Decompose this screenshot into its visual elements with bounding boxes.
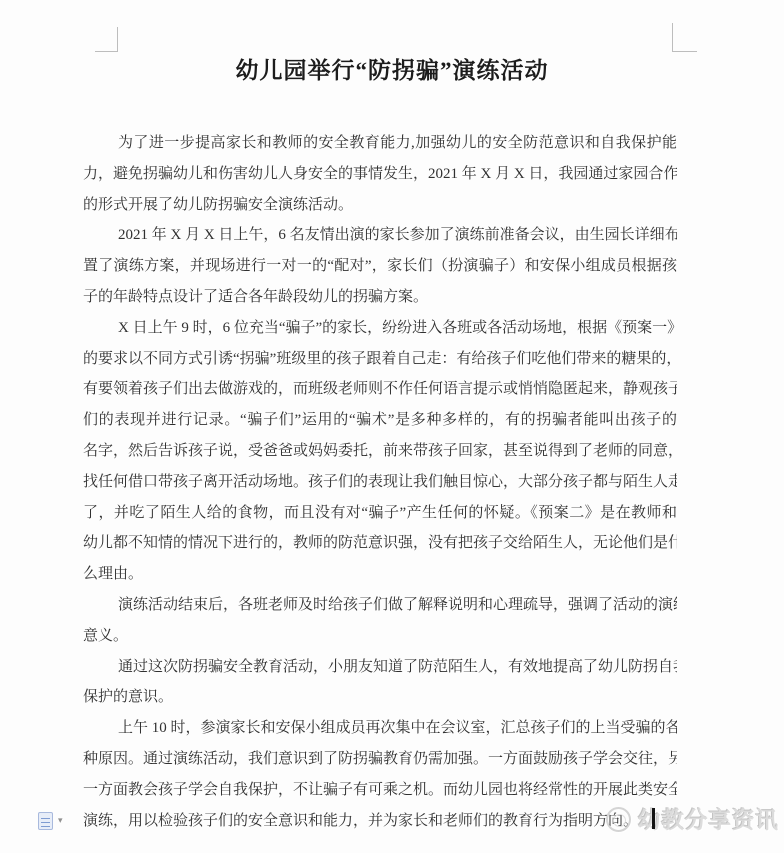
text-line: 幼儿都不知情的情况下进行的，教师的防范意识强，没有把孩子交给陌生人，无论他们是什: [83, 528, 677, 559]
text-line: 么理由。: [83, 559, 677, 590]
paste-options-button[interactable]: ▾: [38, 812, 63, 830]
text-line: 意义。: [83, 621, 677, 652]
document-body: 为了进一步提高家长和教师的安全教育能力,加强幼儿的安全防范意识和自我保护能 力，…: [83, 128, 677, 836]
text-line: 一方面教会孩子学会自我保护，不让骗子有可乘之机。而幼儿园也将经常性的开展此类安全: [83, 775, 677, 806]
text-line: 子的年龄特点设计了适合各年龄段幼儿的拐骗方案。: [83, 282, 677, 313]
text-line: 了，并吃了陌生人给的食物，而且没有对“骗子”产生任何的怀疑。《预案二》是在教师和: [83, 498, 677, 529]
text-line: 为了进一步提高家长和教师的安全教育能力,加强幼儿的安全防范意识和自我保护能: [83, 128, 677, 159]
text-line: 力，避免拐骗幼儿和伤害幼儿人身安全的事情发生，2021 年 X 月 X 日，我园…: [83, 159, 677, 190]
text-line: 们的表现并进行记录。“骗子们”运用的“骗术”是多种多样的，有的拐骗者能叫出孩子的: [83, 405, 677, 436]
text-line: 有要领着孩子们出去做游戏的，而班级老师则不作任何语言提示或悄悄隐匿起来，静观孩子: [83, 374, 677, 405]
margin-crop-mark-top-right-icon: [672, 23, 697, 52]
text-line: 的形式开展了幼儿防拐骗安全演练活动。: [83, 190, 677, 221]
text-line: 2021 年 X 月 X 日上午，6 名友情出演的家长参加了演练前准备会议，由生…: [83, 220, 677, 251]
document-page: 幼儿园举行“防拐骗”演练活动 为了进一步提高家长和教师的安全教育能力,加强幼儿的…: [0, 0, 784, 853]
text-line: 名字，然后告诉孩子说，受爸爸或妈妈委托，前来带孩子回家，甚至说得到了老师的同意，: [83, 436, 677, 467]
document-title: 幼儿园举行“防拐骗”演练活动: [0, 52, 784, 85]
text-cursor-caret: [652, 808, 655, 829]
dropdown-arrow-icon: ▾: [58, 817, 63, 826]
text-line: 保护的意识。: [83, 682, 677, 713]
margin-crop-mark-top-left-icon: [95, 27, 118, 52]
text-line: 演练活动结束后，各班老师及时给孩子们做了解释说明和心理疏导，强调了活动的演练: [83, 590, 677, 621]
text-line: 找任何借口带孩子离开活动场地。孩子们的表现让我们触目惊心，大部分孩子都与陌生人走: [83, 467, 677, 498]
text-line: 种原因。通过演练活动，我们意识到了防拐骗教育仍需加强。一方面鼓励孩子学会交往，另: [83, 744, 677, 775]
text-line: 通过这次防拐骗安全教育活动，小朋友知道了防范陌生人，有效地提高了幼儿防拐自我: [83, 652, 677, 683]
text-line: 的要求以不同方式引诱“拐骗”班级里的孩子跟着自己走：有给孩子们吃他们带来的糖果的…: [83, 344, 677, 375]
text-line-text: 演练，用以检验孩子们的安全意识和能力，并为家长和老师们的教育行为指明方向。: [83, 813, 638, 829]
text-line: X 日上午 9 时，6 位充当“骗子”的家长，纷纷进入各班或各活动场地，根据《预…: [83, 313, 677, 344]
text-line: 上午 10 时，参演家长和安保小组成员再次集中在会议室，汇总孩子们的上当受骗的各: [83, 713, 677, 744]
clipboard-paste-icon: [38, 812, 53, 830]
text-line: 置了演练方案，并现场进行一对一的“配对”，家长们（扮演骗子）和安保小组成员根据孩: [83, 251, 677, 282]
text-line: 演练，用以检验孩子们的安全意识和能力，并为家长和老师们的教育行为指明方向。: [83, 806, 677, 837]
